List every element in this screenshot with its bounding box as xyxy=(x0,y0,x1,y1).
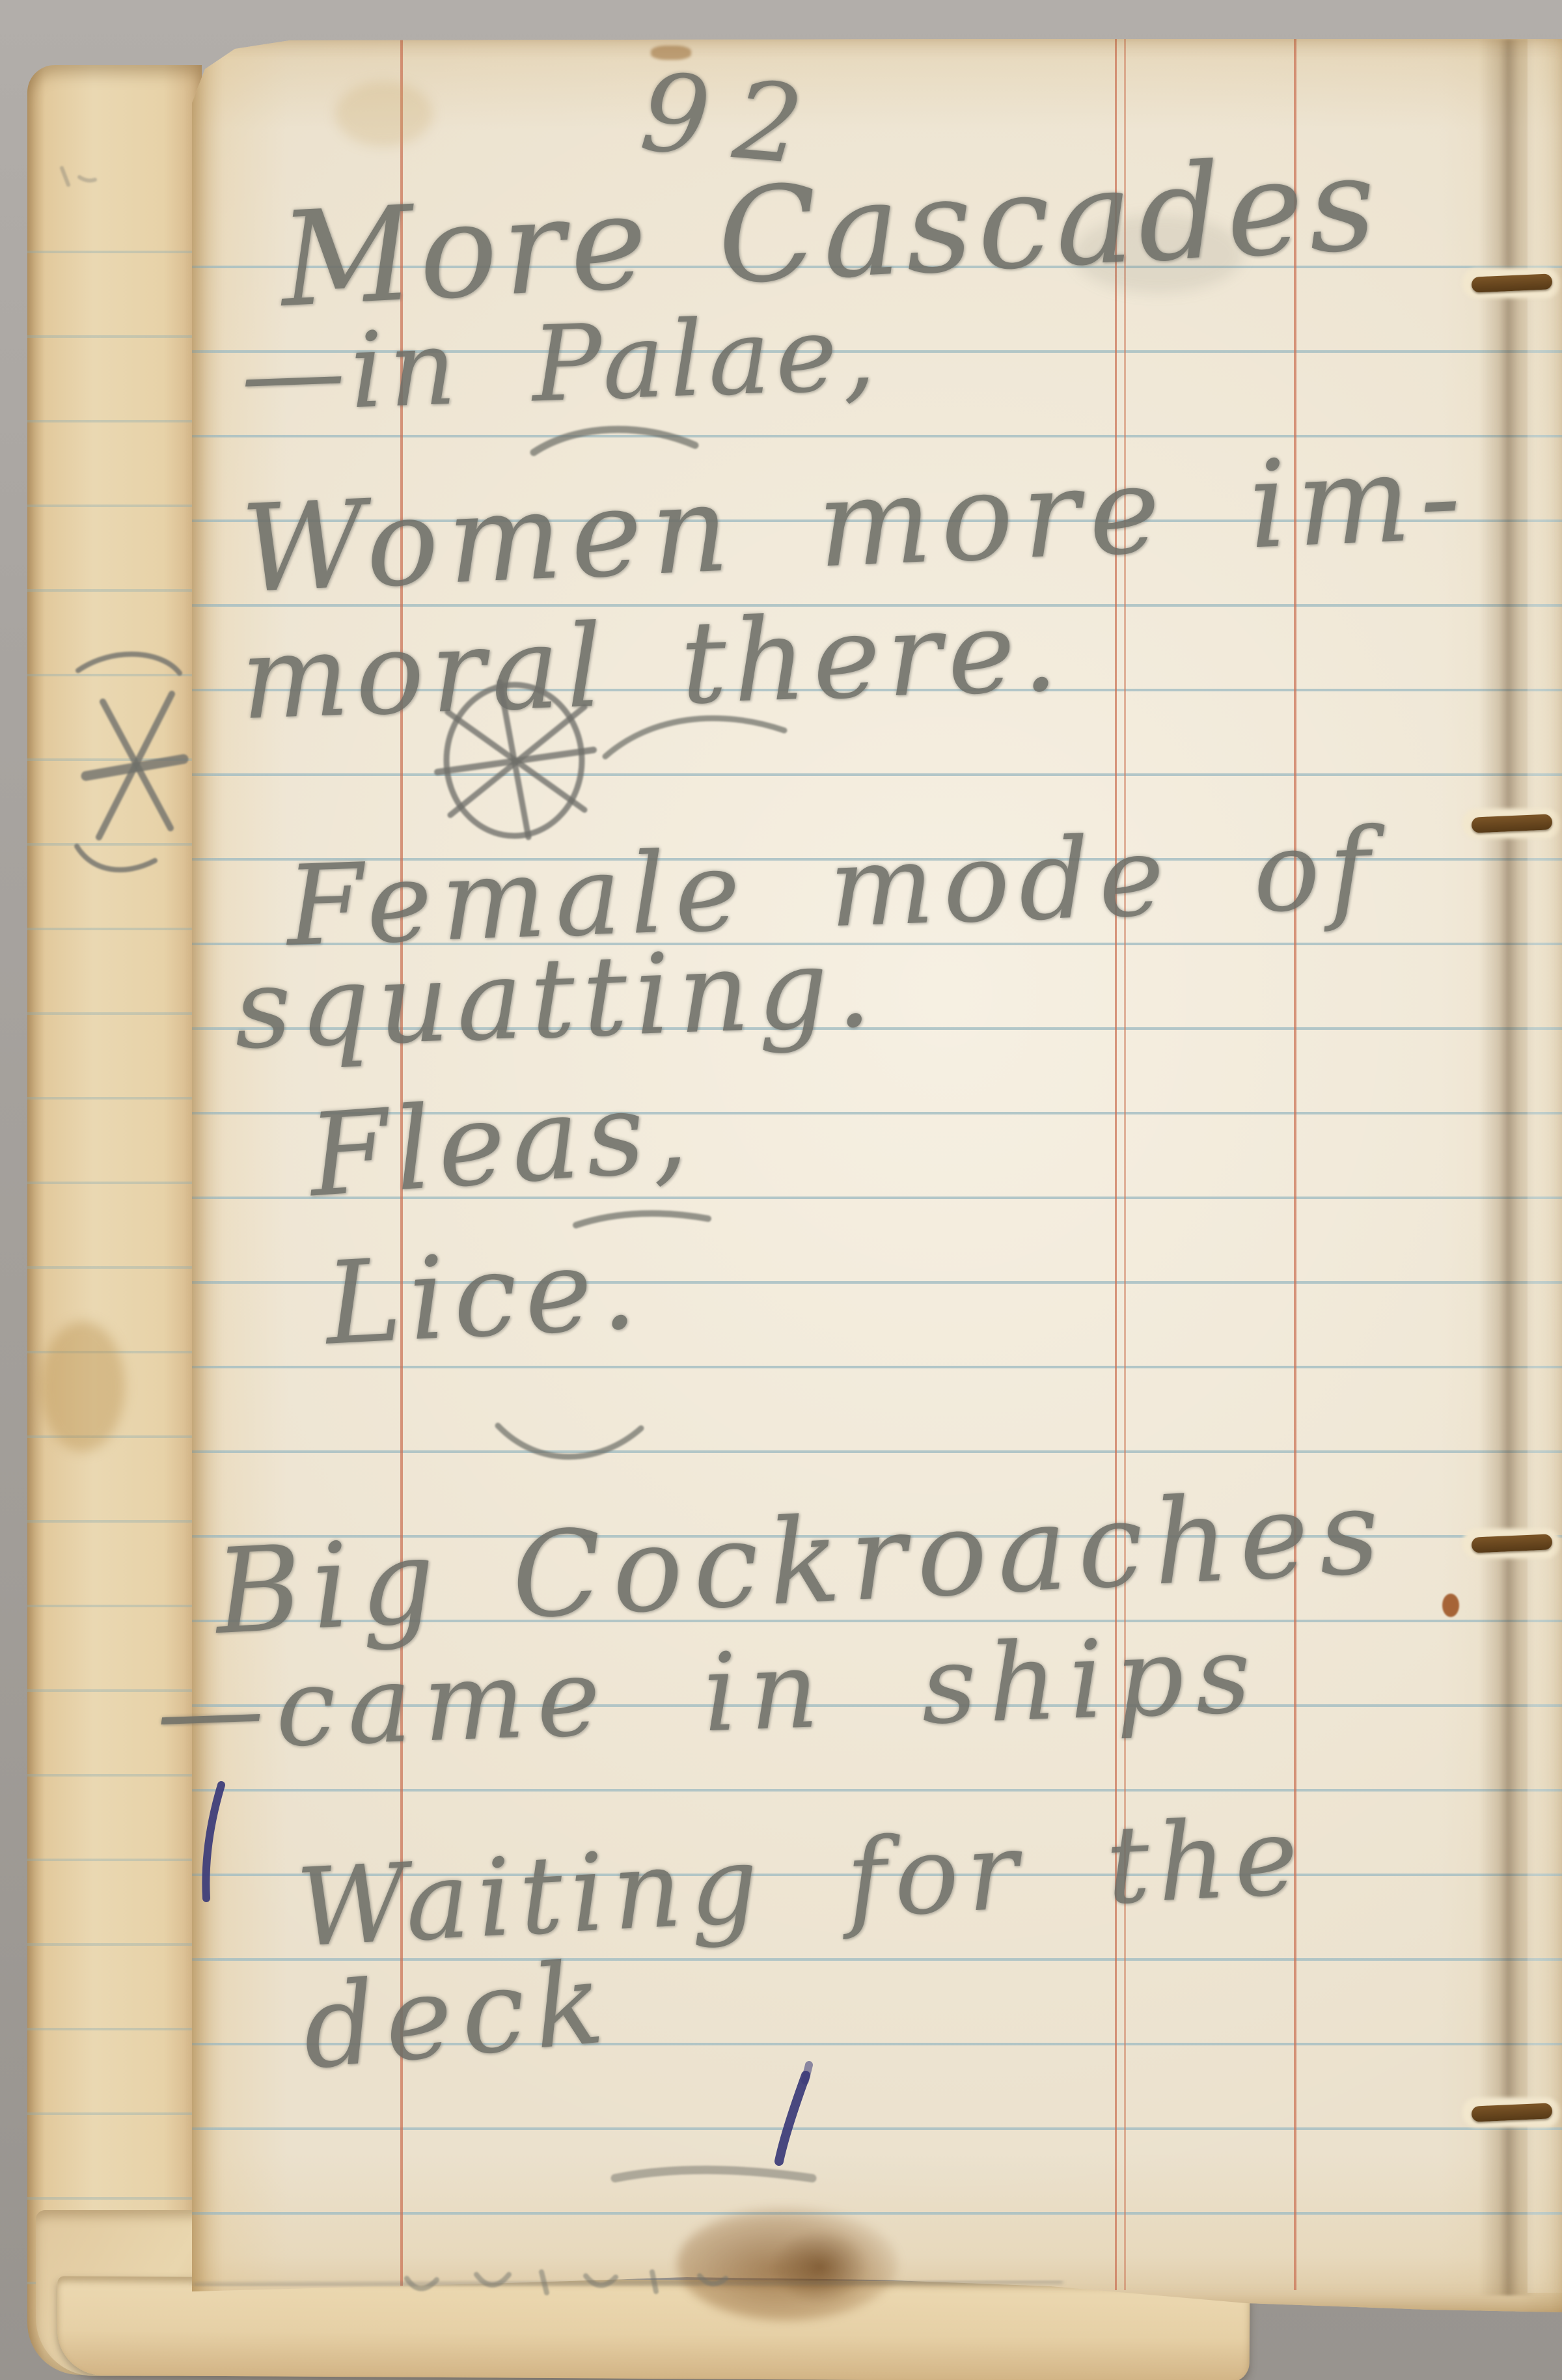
under-page-ruling-lines xyxy=(27,251,202,2336)
handwriting-line-12: deck xyxy=(297,1937,618,2096)
scanned-notebook-page: 92 More Cascades —in Palae, Women more i… xyxy=(0,0,1562,2380)
binding-stitch-thread xyxy=(1462,1529,1560,1558)
red-column-line-a xyxy=(1115,39,1117,2290)
red-column-line-right xyxy=(1294,39,1296,2290)
next-page-sliver xyxy=(1528,39,1562,2293)
binding-stitch-thread xyxy=(1462,2097,1560,2127)
handwriting-line-8: Lice. xyxy=(322,1222,647,1370)
red-column-line-b xyxy=(1124,39,1126,2290)
underlying-page-bottom-edge xyxy=(57,2276,1250,2380)
handwriting-line-7: Fleas, xyxy=(305,1064,698,1223)
handwriting-line-6: squatting. xyxy=(232,923,881,1074)
underlying-page-left-edge xyxy=(27,65,202,2375)
binding-stitch-thread xyxy=(1462,268,1560,298)
binding-stitch-thread xyxy=(1462,809,1560,838)
handwriting-line-2: —in Palae, xyxy=(239,292,883,436)
